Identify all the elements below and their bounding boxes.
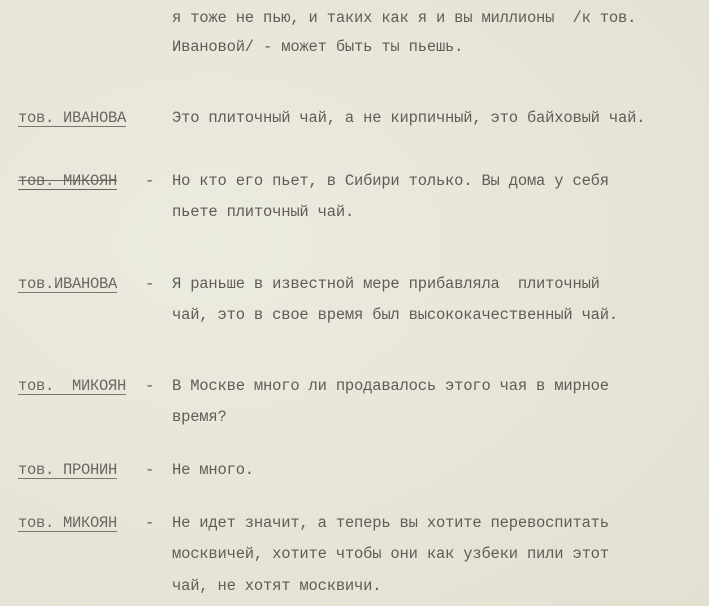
speech-line: чай, это в свое время был высококачестве… [172, 306, 618, 324]
speaker-dash: - [145, 275, 154, 293]
speaker-label: тов.ИВАНОВА [18, 275, 117, 293]
typewritten-page: я тоже не пью, и таких как я и вы миллио… [0, 0, 709, 606]
speech-line: Но кто его пьет, в Сибири только. Вы дом… [172, 172, 609, 190]
speech-line: Это плиточный чай, а не кирпичный, это б… [172, 109, 645, 127]
speech-line: москвичей, хотите чтобы они как узбеки п… [172, 545, 609, 563]
speech-line: Не идет значит, а теперь вы хотите перев… [172, 514, 609, 532]
continuation-line: я тоже не пью, и таких как я и вы миллио… [172, 9, 636, 27]
speaker-label: тов. ИВАНОВА [18, 109, 126, 127]
speech-line: время? [172, 408, 227, 426]
speech-line: Не много. [172, 461, 254, 479]
speaker-label: тов. ПРОНИН [18, 461, 117, 479]
speaker-dash: - [145, 514, 154, 532]
speaker-label: тов. МИКОЯН [18, 514, 117, 532]
speech-line: пьете плиточный чай. [172, 203, 354, 221]
speaker-label: тов. МИКОЯН [18, 377, 126, 395]
speaker-dash: - [145, 172, 154, 190]
speech-line: В Москве много ли продавалось этого чая … [172, 377, 609, 395]
speaker-dash: - [145, 461, 154, 479]
speech-line: чай, не хотят москвичи. [172, 577, 381, 595]
speaker-dash: - [145, 377, 154, 395]
continuation-line: Ивановой/ - может быть ты пьешь. [172, 38, 463, 56]
speech-line: Я раньше в известной мере прибавляла пли… [172, 275, 600, 293]
speaker-label-struck: тов. МИКОЯН [18, 172, 117, 190]
